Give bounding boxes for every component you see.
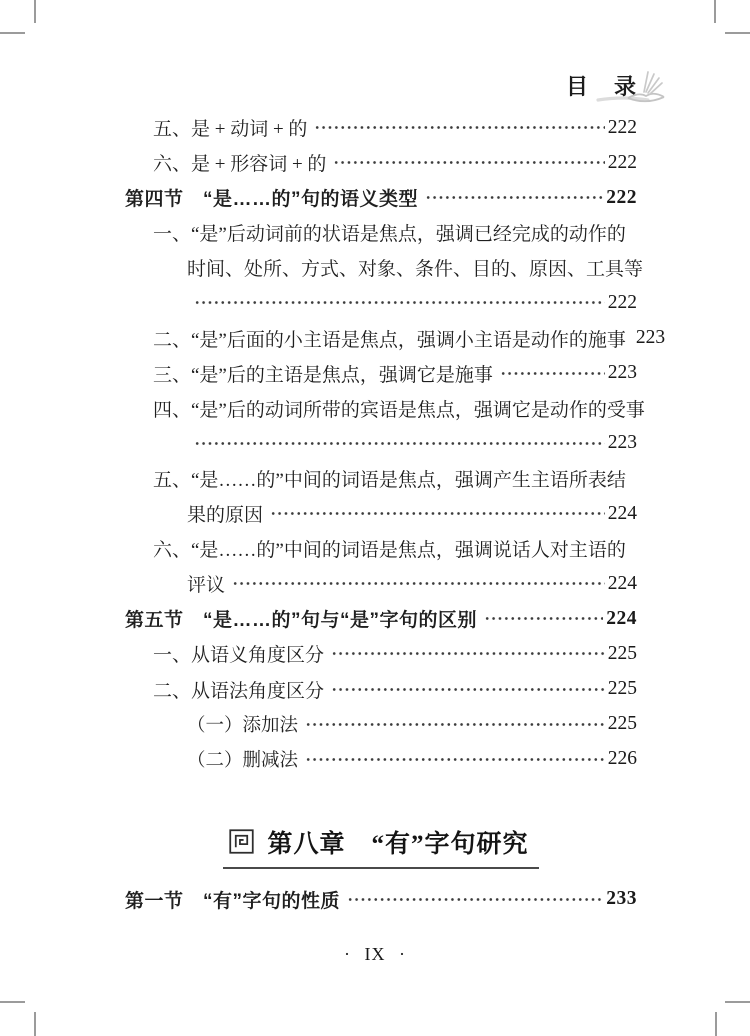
folio-page-number: · IX ·	[0, 944, 750, 965]
toc-entry-text: 三、“是”后的主语是焦点，强调它是施事	[153, 360, 493, 387]
crop-mark-bottom-left-v	[34, 1012, 36, 1036]
toc-entry-text: 一、从语义角度区分	[153, 640, 324, 667]
crop-mark-top-left-v	[34, 0, 36, 23]
toc-entry-text: 时间、处所、方式、对象、条件、目的、原因、工具等	[187, 254, 643, 281]
toc-entry-text: 五、是 + 动词 + 的	[153, 114, 307, 141]
toc-entry-text: 第五节 “是……的”句与“是”字句的区别	[125, 605, 477, 632]
toc-row: （二）删减法 226	[125, 742, 637, 777]
toc-row: 六、“是……的”中间的词语是焦点，强调说话人对主语的	[125, 531, 637, 566]
toc-row-leader-only: 223	[125, 426, 637, 461]
page-number: 225	[608, 678, 637, 700]
toc-row: （一）添加法 225	[125, 707, 637, 742]
toc-row: 一、从语义角度区分 225	[125, 636, 637, 671]
book-toc-page: 目 录 五、是 + 动词 + 的 222 六、是 + 形容词 + 的 222 第…	[0, 0, 750, 1036]
dot-leader	[305, 742, 605, 777]
toc-row-section: 第四节 “是……的”句的语义类型 222	[125, 180, 637, 215]
toc-row: 一、“是”后动词前的状语是焦点，强调已经完成的动作的	[125, 215, 637, 250]
crop-mark-top-left-h	[0, 32, 25, 34]
toc-row: 五、是 + 动词 + 的 222	[125, 110, 637, 145]
page-number: 233	[606, 888, 637, 910]
dot-leader	[194, 426, 605, 461]
toc-row-continuation: 时间、处所、方式、对象、条件、目的、原因、工具等	[125, 250, 637, 285]
dot-leader	[484, 601, 603, 636]
toc-row: 五、“是……的”中间的词语是焦点，强调产生主语所表结	[125, 461, 637, 496]
toc-row: 六、是 + 形容词 + 的 222	[125, 145, 637, 180]
toc-entry-text: 一、“是”后动词前的状语是焦点，强调已经完成的动作的	[153, 219, 626, 246]
toc-entry-text: 五、“是……的”中间的词语是焦点，强调产生主语所表结	[153, 465, 626, 492]
toc-entry-text: 第一节 “有”字句的性质	[125, 886, 340, 913]
page-number: 222	[606, 187, 637, 209]
square-spiral-icon	[229, 829, 254, 854]
toc-entry-text: 评议	[187, 570, 225, 597]
crop-mark-top-right-h	[725, 32, 750, 34]
toc-entry-text: 果的原因	[187, 500, 263, 527]
dot-leader	[194, 285, 605, 320]
page-header: 目 录	[566, 70, 686, 114]
toc-row-continuation: 果的原因 224	[125, 496, 637, 531]
toc-entry-text: 二、从语法角度区分	[153, 676, 324, 703]
chapter-heading: 第八章 “有”字句研究	[223, 824, 538, 869]
toc-row-continuation: 评议 224	[125, 566, 637, 601]
dot-leader	[333, 145, 604, 180]
toc-row: 三、“是”后的主语是焦点，强调它是施事 223	[125, 356, 637, 391]
toc-entry-text: 第四节 “是……的”句的语义类型	[125, 184, 418, 211]
page-number: 222	[608, 292, 637, 314]
page-number: 223	[636, 327, 665, 349]
dot-leader	[314, 110, 604, 145]
toc-entry-text: 四、“是”后的动词所带的宾语是焦点，强调它是动作的受事	[153, 395, 645, 422]
toc-row: 二、“是”后面的小主语是焦点，强调小主语是动作的施事 223	[125, 321, 637, 356]
page-number: 224	[606, 608, 637, 630]
crop-mark-bottom-left-h	[0, 1001, 25, 1003]
chapter-title: 第八章 “有”字句研究	[267, 824, 528, 860]
dot-leader	[331, 636, 605, 671]
page-number: 223	[608, 362, 637, 384]
toc-entry-text: 六、“是……的”中间的词语是焦点，强调说话人对主语的	[153, 535, 626, 562]
dot-leader	[347, 882, 603, 917]
crop-mark-top-right-v	[714, 0, 716, 23]
toc-row-section: 第一节 “有”字句的性质 233	[125, 882, 637, 917]
toc-row-leader-only: 222	[125, 285, 637, 320]
toc-entry-text: 二、“是”后面的小主语是焦点，强调小主语是动作的施事	[153, 325, 626, 352]
dot-leader	[232, 566, 605, 601]
toc-entry-text: 六、是 + 形容词 + 的	[153, 149, 326, 176]
page-number: 224	[608, 503, 637, 525]
dot-leader	[500, 356, 605, 391]
toc-entry-text: （一）添加法	[187, 711, 298, 737]
dot-leader	[331, 672, 605, 707]
toc-row: 四、“是”后的动词所带的宾语是焦点，强调它是动作的受事	[125, 391, 637, 426]
page-number: 222	[608, 152, 637, 174]
dot-leader	[425, 180, 603, 215]
page-number: 224	[608, 573, 637, 595]
page-number: 225	[608, 713, 637, 735]
toc-row-section: 第五节 “是……的”句与“是”字句的区别 224	[125, 601, 637, 636]
page-number: 223	[608, 432, 637, 454]
toc-entry-text: （二）删减法	[187, 746, 298, 772]
page-number: 226	[608, 748, 637, 770]
toc-title: 目 录	[566, 74, 638, 99]
crop-mark-bottom-right-v	[715, 1012, 717, 1036]
page-number: 225	[608, 643, 637, 665]
toc-row: 二、从语法角度区分 225	[125, 672, 637, 707]
table-of-contents: 五、是 + 动词 + 的 222 六、是 + 形容词 + 的 222 第四节 “…	[125, 110, 637, 917]
dot-leader	[270, 496, 605, 531]
page-number: 222	[608, 117, 637, 139]
dot-leader	[305, 707, 605, 742]
crop-mark-bottom-right-h	[725, 1001, 750, 1003]
